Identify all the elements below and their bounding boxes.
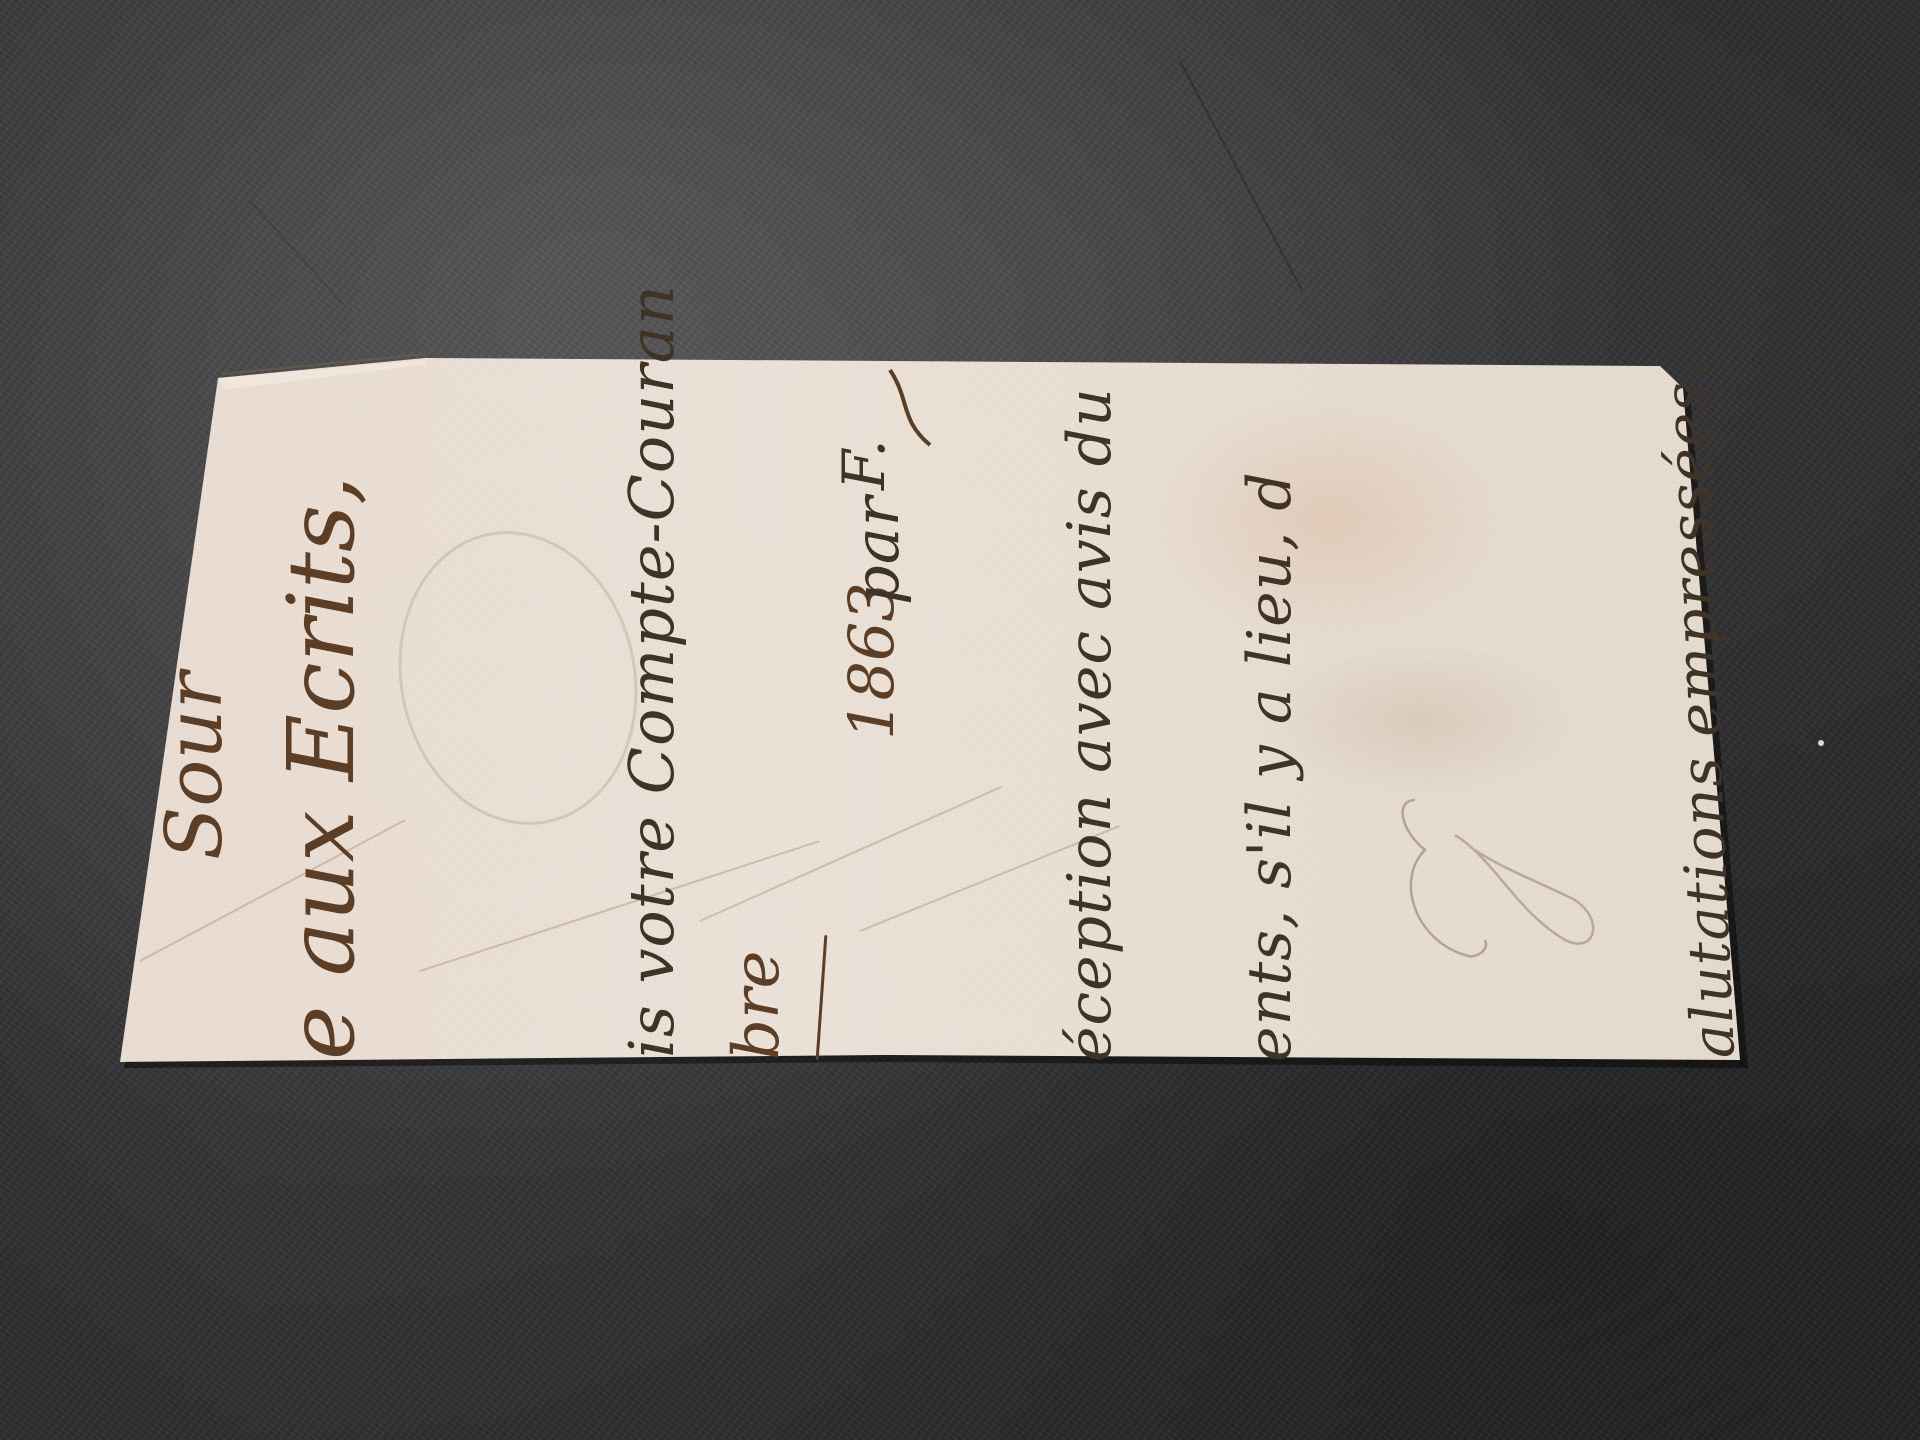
handwritten-aux-ecrits: e aux Ecrits,: [268, 476, 375, 1060]
handwritten-fragment-sour: Sour: [150, 672, 240, 860]
dust-speck: [1818, 740, 1824, 746]
printed-par: par: [840, 496, 913, 605]
handwritten-amount-flourish: [880, 360, 940, 450]
printed-line-reception: éception avec avis du: [1055, 387, 1125, 1062]
handwritten-year: 1863: [835, 582, 908, 740]
handwritten-month-suffix: bre: [720, 951, 794, 1060]
bleed-through-flourish: [1355, 790, 1615, 980]
printed-line-compte-courant: is votre Compte-Couran: [615, 284, 688, 1058]
printed-line-il-y-a-lieu: ents, s'il y a lieu, d: [1235, 471, 1305, 1062]
